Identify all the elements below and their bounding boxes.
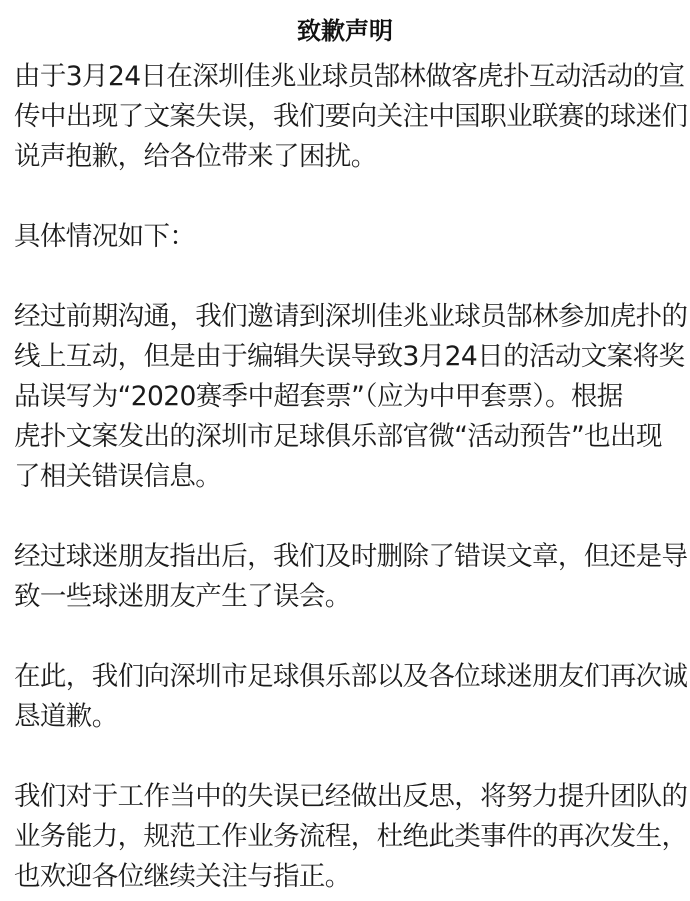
text-line: 我们对于工作当中的失误已经做出反思，将努力提升团队的	[14, 777, 684, 817]
text-line: 虎扑文案发出的深圳市足球俱乐部官微“活动预告”也出现	[14, 417, 684, 457]
text-line: 由于3月24日在深圳佳兆业球员郜林做客虎扑互动活动的宣	[14, 57, 684, 97]
paragraph-intro: 由于3月24日在深圳佳兆业球员郜林做客虎扑互动活动的宣 传中出现了文案失误，我们…	[14, 57, 684, 177]
text-line: 在此，我们向深圳市足球俱乐部以及各位球迷朋友们再次诚	[14, 657, 684, 697]
text-line: 业务能力，规范工作业务流程，杜绝此类事件的再次发生，	[14, 817, 684, 857]
text-line: 传中出现了文案失误，我们要向关注中国职业联赛的球迷们	[14, 97, 684, 137]
text-line: 了相关错误信息。	[14, 457, 684, 497]
paragraph-reflection: 我们对于工作当中的失误已经做出反思，将努力提升团队的 业务能力，规范工作业务流程…	[14, 777, 684, 897]
text-line: 品误写为“2020赛季中超套票”（应为中甲套票）。根据	[14, 377, 684, 417]
text-line: 也欢迎各位继续关注与指正。	[14, 857, 684, 897]
text-line: 线上互动，但是由于编辑失误导致3月24日的活动文案将奖	[14, 337, 684, 377]
text-line: 说声抱歉，给各位带来了困扰。	[14, 137, 684, 177]
text-line: 经过前期沟通，我们邀请到深圳佳兆业球员郜林参加虎扑的	[14, 297, 684, 337]
paragraph-correction: 经过球迷朋友指出后，我们及时删除了错误文章，但还是导 致一些球迷朋友产生了误会。	[14, 537, 684, 617]
text-line: 具体情况如下：	[14, 217, 684, 257]
text-line: 致一些球迷朋友产生了误会。	[14, 577, 684, 617]
document-title: 致歉声明	[0, 14, 690, 48]
paragraph-circumstances: 经过前期沟通，我们邀请到深圳佳兆业球员郜林参加虎扑的 线上互动，但是由于编辑失误…	[14, 297, 684, 497]
text-line: 恳道歉。	[14, 697, 684, 737]
paragraph-details-heading: 具体情况如下：	[14, 217, 684, 257]
paragraph-apology: 在此，我们向深圳市足球俱乐部以及各位球迷朋友们再次诚 恳道歉。	[14, 657, 684, 737]
text-line: 经过球迷朋友指出后，我们及时删除了错误文章，但还是导	[14, 537, 684, 577]
